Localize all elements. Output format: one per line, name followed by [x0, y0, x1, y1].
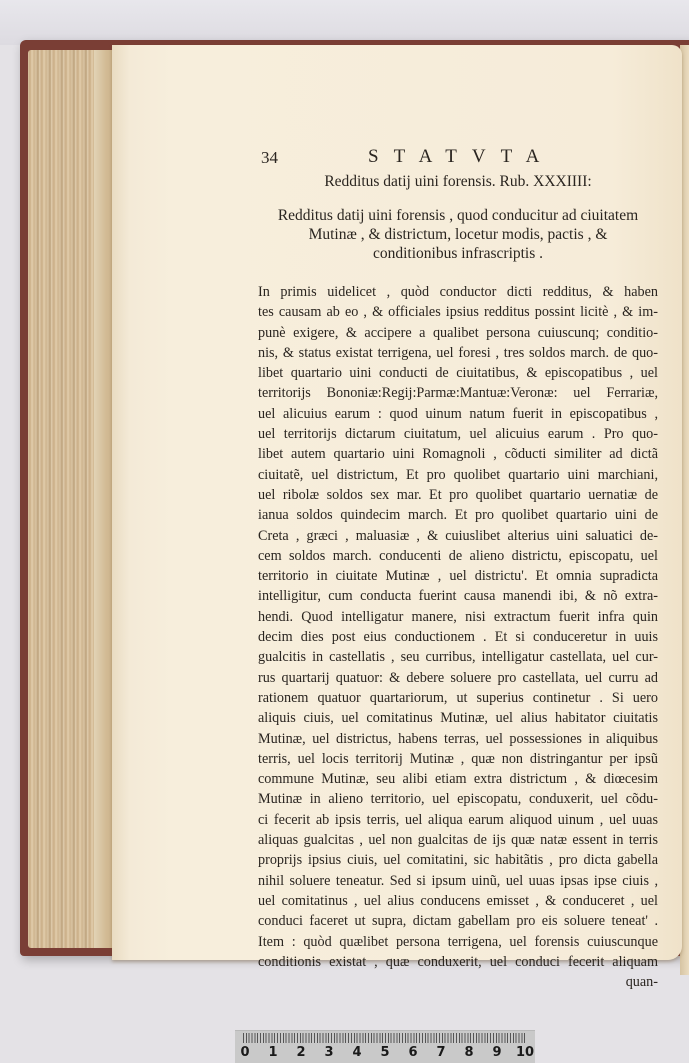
ruler-label: 4 — [352, 1045, 361, 1060]
text-line: In primis uidelicet , quòd conductor dic… — [258, 282, 658, 302]
text-line: ianua soldos quindecim march. Et pro quo… — [258, 505, 658, 525]
text-line: gualcitis in castellatis , seu curribus,… — [258, 647, 658, 667]
ruler-label: 3 — [324, 1045, 333, 1060]
text-line: tes causam ab eo , & officiales ipsius r… — [258, 302, 658, 322]
text-line: cem soldos march. conducenti de alieno d… — [258, 546, 658, 566]
ruler-label: 8 — [464, 1045, 473, 1060]
subtitle-line: conditionibus infrascriptis . — [258, 244, 658, 263]
text-line: intelligitur, cum conducta fuerint causa… — [258, 586, 658, 606]
text-line: uel ribolæ soldos sex mar. Et pro quolib… — [258, 485, 658, 505]
text-line: uel comitatinus , uel alius conducens em… — [258, 891, 658, 911]
ruler-label: 7 — [436, 1045, 445, 1060]
background — [0, 0, 689, 45]
text-line: uel territorijs dictarum ciuitatum, uel … — [258, 424, 658, 444]
ruler-label: 9 — [492, 1045, 501, 1060]
page-number: 34 — [261, 148, 278, 168]
text-line: commune Mutinæ, seu alibi etiam extra di… — [258, 769, 658, 789]
text-line: aliquis ciuis, uel comitatinus Mutinæ, u… — [258, 708, 658, 728]
text-line: conditionis existat , quæ conduxerit, ue… — [258, 952, 658, 972]
text-line: aliquas gualcitas , uel non gualcitas de… — [258, 830, 658, 850]
text-line: Mutinæ in alieno territorio, uel episcop… — [258, 789, 658, 809]
page-content: 34 STATVTA Redditus datij uini forensis.… — [258, 146, 658, 992]
text-line: Creta , græci , maluasiæ , & cuiuslibet … — [258, 526, 658, 546]
text-line: proprijs ipsius ciuis, uel comitatini, s… — [258, 850, 658, 870]
text-line: Mutinæ, uel districtus, habens terras, u… — [258, 729, 658, 749]
scale-ruler: 0 1 2 3 4 5 6 7 8 9 10 — [235, 1030, 535, 1063]
body-text: In primis uidelicet , quòd conductor dic… — [258, 282, 658, 992]
running-head: 34 STATVTA — [258, 146, 658, 172]
text-line: libet quartario uini conducti de ciuitat… — [258, 363, 658, 383]
text-line: libet autem quartario uini Romagnoli , c… — [258, 444, 658, 464]
text-line: rus quartarij quatuor: & debere soluere … — [258, 668, 658, 688]
text-line: conduci faceret ut supra, dictam gabella… — [258, 911, 658, 931]
text-line: nis, & status existat terrigena, uel for… — [258, 343, 658, 363]
ruler-ticks — [243, 1033, 527, 1043]
subtitle-line: Mutinæ , & districtum, locetur modis, pa… — [258, 225, 658, 244]
text-line: Item : quòd quælibet persona terrigena, … — [258, 932, 658, 952]
text-line: ci fecerit ab ipsis terris, uel aliqua e… — [258, 810, 658, 830]
text-line: rationem quatuor quartariorum, ut superi… — [258, 688, 658, 708]
text-line: ciuitatẽ, uel districtum, Et pro quolibe… — [258, 465, 658, 485]
ruler-label: 5 — [380, 1045, 389, 1060]
rubric-heading: Redditus datij uini forensis. Rub. XXXII… — [258, 172, 658, 192]
ruler-label: 10 — [516, 1045, 534, 1060]
subtitle-line: Redditus datij uini forensis , quod cond… — [258, 206, 658, 225]
page-block-edges — [28, 50, 118, 948]
ruler-label: 1 — [268, 1045, 277, 1060]
text-line: uel alicuius earum : quod uinum natum fu… — [258, 404, 658, 424]
text-line: nihil soluere teneatur. Sed si ipsum uin… — [258, 871, 658, 891]
ruler-label: 0 — [240, 1045, 249, 1060]
section-subtitle: Redditus datij uini forensis , quod cond… — [258, 206, 658, 263]
text-line: decim dies post eius conductionem . Et s… — [258, 627, 658, 647]
text-line: territorio in ciuitate Mutinæ , uel dist… — [258, 566, 658, 586]
ruler-label: 2 — [296, 1045, 305, 1060]
running-title: STATVTA — [368, 146, 554, 168]
text-line: territorijs Bononiæ:Regij:Parmæ:Mantuæ:V… — [258, 383, 658, 403]
text-line: punè exigere, & accipere a qualibet pers… — [258, 323, 658, 343]
text-line: terris, uel locis territorij Mutinæ , qu… — [258, 749, 658, 769]
text-line: hendi. Quod intelligatur manere, nisi ex… — [258, 607, 658, 627]
catchword: quan- — [258, 972, 658, 992]
ruler-label: 6 — [408, 1045, 417, 1060]
